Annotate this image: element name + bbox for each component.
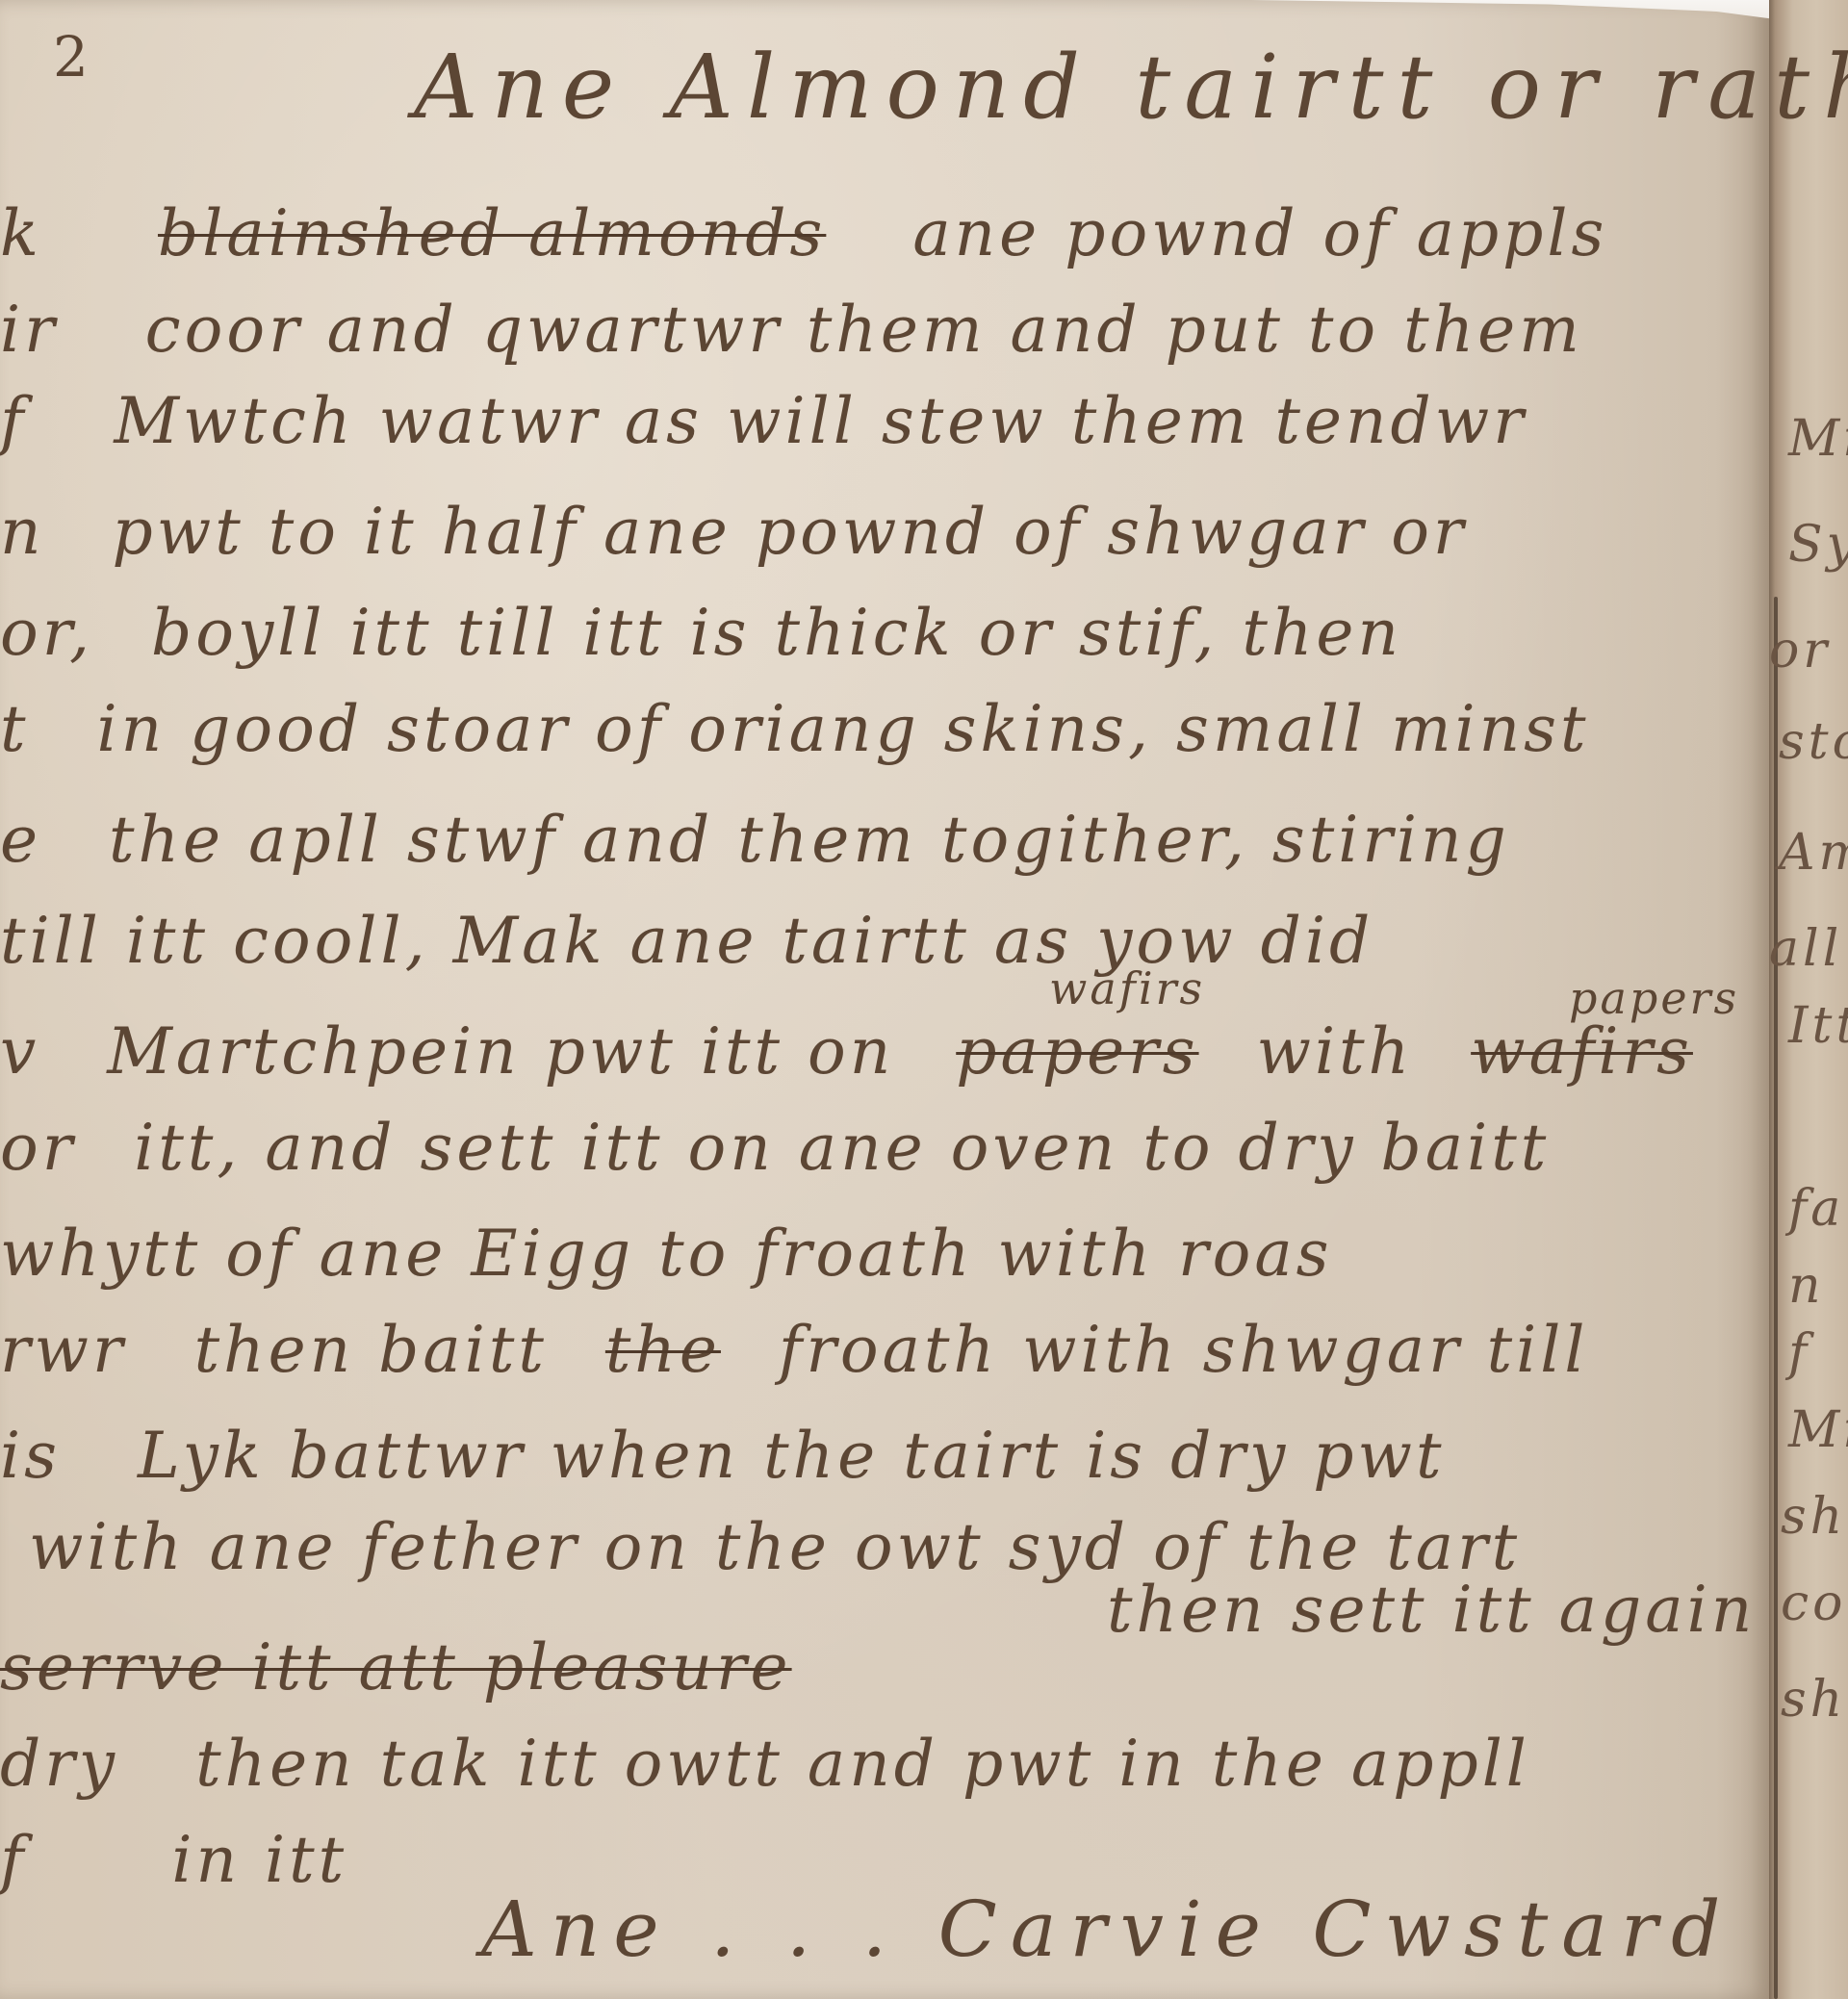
facing-page-fragment: n [1788,1261,1825,1311]
facing-page-fragment: Am [1779,828,1848,878]
manuscript-line-10: or itt, and sett itt on ane oven to dry … [0,1116,1550,1180]
line-text: then tak itt owtt and pwt in the appll [195,1727,1530,1801]
facing-page-fragment: or [1769,626,1831,676]
recipe-title: Ane Almond tairtt or rather appls [414,43,1848,132]
line-text: coor and qwartwr them and put to them [145,293,1583,367]
line-prefix: n [0,495,45,569]
line-text: Martchpein pwt itt on [107,1014,894,1089]
facing-page-fragment: Mi [1788,414,1848,464]
line-prefix: t [0,692,30,766]
gutter-crease [1774,597,1778,1999]
line-text: with [1257,1014,1414,1089]
line-prefix: v [0,1014,39,1089]
manuscript-line-5: or, boyll itt till itt is thick or stif,… [0,602,1402,665]
line-text: whytt of ane Eigg to froath with roas [0,1217,1333,1291]
manuscript-line-12: rwr then baitt the froath with shwgar ti… [0,1319,1588,1382]
line-text: Mwtch watwr as will stew them tendwr [114,384,1527,458]
manuscript-line-3: f Mwtch watwr as will stew them tendwr [0,390,1527,453]
struck-text: serrve itt att pleasure [0,1630,792,1704]
manuscript-line-6: t in good stoar of oriang skins, small m… [0,698,1590,761]
line-text: itt, and sett itt on ane oven to dry bai… [134,1111,1550,1185]
manuscript-line-4: n pwt to it half ane pownd of shwgar or [0,500,1467,564]
line-text: pwt to it half ane pownd of shwgar or [112,495,1467,569]
struck-text: wafirs [1471,1014,1693,1089]
facing-page-fragment: sh [1781,1675,1846,1725]
manuscript-line-1: k blainshed almonds ane pownd of appls [0,202,1607,266]
facing-page-fragment: Syr [1788,520,1848,570]
manuscript-line-9: v Martchpein pwt itt on papers with wafi… [0,1020,1693,1084]
struck-text: the [605,1313,721,1387]
facing-page-fragment: she [1781,1492,1848,1542]
facing-page-fragment: f [1788,1328,1810,1378]
facing-page-fragment: Mi [1788,1405,1848,1455]
line-text: then baitt [194,1313,548,1387]
line-prefix: or [0,1111,76,1185]
struck-text: blainshed almonds [158,196,826,270]
line-text: in good stoar of oriang skins, small min… [97,692,1590,766]
facing-page-fragment: all [1769,924,1842,974]
manuscript-line-18: f in itt [0,1829,347,1892]
manuscript-line-14: with ane fether on the owt syd of the ta… [29,1516,1521,1579]
line-text: then sett itt again [1107,1573,1756,1647]
manuscript-line-7: e the apll stwf and them togither, stiri… [0,808,1510,872]
line-text: froath with shwgar till [779,1313,1589,1387]
manuscript-line-2: ir coor and qwartwr them and put to them [0,298,1583,362]
page-number: 2 [53,29,92,85]
manuscript-spread: 2 Ane Almond tairtt or rather appls k bl… [0,0,1848,1999]
line-prefix: e [0,803,41,877]
inserted-word: wafirs [1049,962,1205,1014]
facing-page-fragment: fa [1788,1184,1844,1234]
line-text: ane pownd of appls [912,196,1607,270]
line-prefix: f [0,384,27,458]
line-prefix: k [0,196,42,270]
line-prefix: dry [0,1727,118,1801]
manuscript-line-11: whytt of ane Eigg to froath with roas [0,1222,1333,1286]
manuscript-line-15: then sett itt again [1107,1578,1756,1642]
facing-page-fragment: sto [1779,717,1848,767]
line-prefix: is [0,1419,61,1493]
manuscript-line-16: serrve itt att pleasure [0,1636,792,1700]
facing-page-fragment: Itt [1788,1001,1848,1051]
line-text: the apll stwf and them togither, stiring [109,803,1510,877]
line-prefix: f [0,1823,27,1897]
line-text: in itt [171,1823,347,1897]
line-text: Lyk battwr when the tairt is dry pwt [138,1419,1446,1493]
line-prefix: ir [0,293,59,367]
line-text: boyll itt till itt is thick or stif, the… [151,596,1402,670]
manuscript-line-17: dry then tak itt owtt and pwt in the app… [0,1732,1530,1796]
line-prefix: rwr [0,1313,127,1387]
manuscript-line-13: is Lyk battwr when the tairt is dry pwt [0,1424,1445,1488]
line-prefix: or, [0,596,93,670]
facing-page-fragment: cow [1781,1578,1848,1628]
struck-text: papers [956,1014,1198,1089]
next-recipe-title: Ane . . . Carvie Cwstard [481,1891,1733,1968]
